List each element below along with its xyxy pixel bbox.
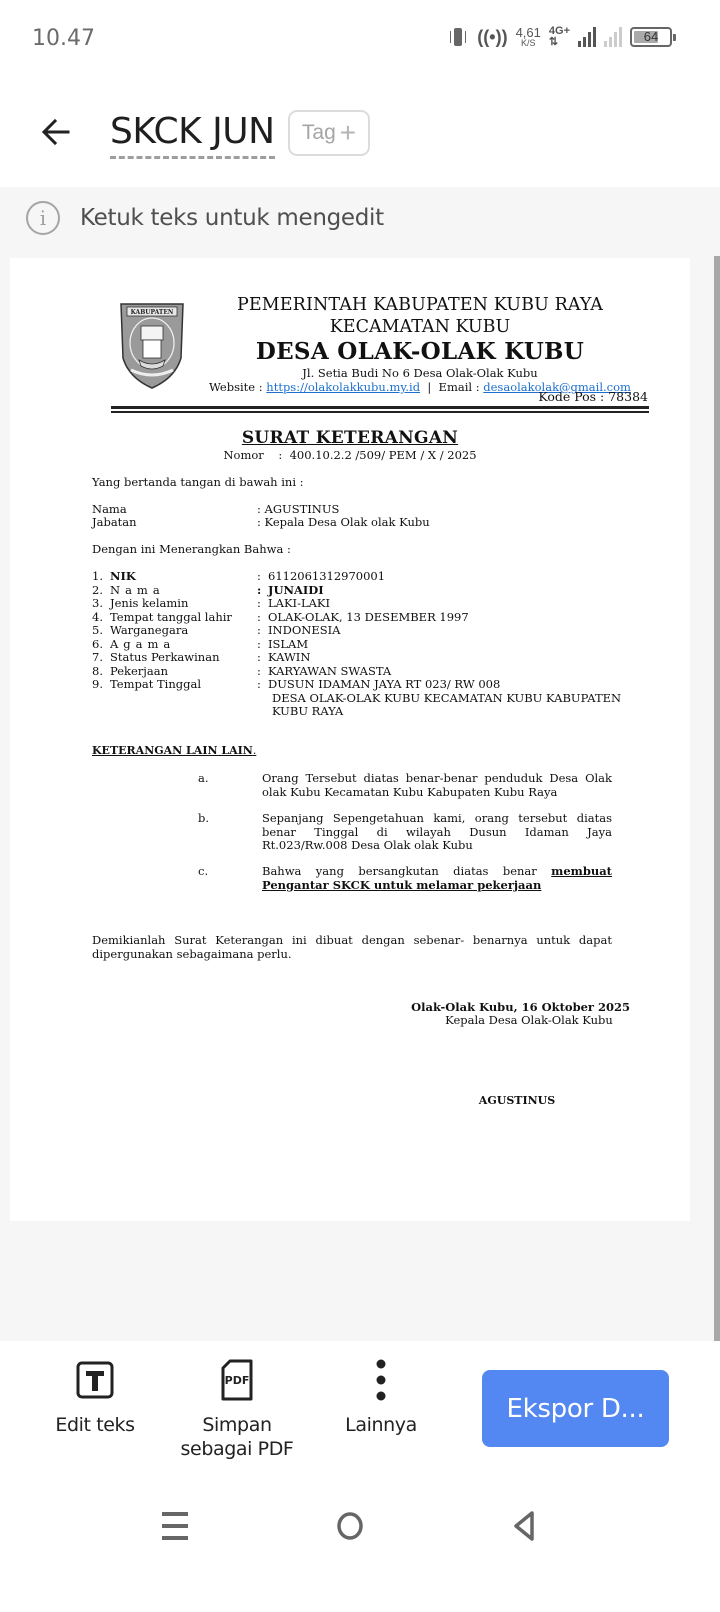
pdf-file-icon: PDF [219, 1359, 255, 1401]
more-button[interactable]: Lainnya [316, 1359, 446, 1437]
menu-icon [161, 1511, 189, 1541]
plus-icon: + [340, 119, 356, 147]
tag-label: Tag [302, 121, 336, 145]
letter-number[interactable]: Nomor : 400.10.2.2 /509/ PEM / X / 2025 [10, 448, 690, 462]
detail-row-gender[interactable]: 3.Jenis kelamin:LAKI-LAKI [92, 597, 632, 611]
detail-row-nama[interactable]: 2.Nama:JUNAIDI [92, 584, 632, 598]
hotspot-icon: ((•)) [477, 27, 507, 48]
regency-emblem-logo: KABUPATEN [117, 298, 187, 390]
info-icon: i [26, 201, 60, 235]
detail-row-marital[interactable]: 7.Status Perkawinan:KAWIN [92, 651, 632, 665]
detail-row-address-cont[interactable]: DESA OLAK-OLAK KUBU KECAMATAN KUBU KABUP… [92, 692, 632, 706]
letterhead-divider-thin [111, 411, 649, 413]
back-triangle-icon [512, 1510, 538, 1542]
home-circle-icon [335, 1510, 365, 1542]
status-bar: 10.47 ((•)) 4,61 K/S 4G+⇅ 64 [0, 0, 720, 80]
detail-row-religion[interactable]: 6.Agama:ISLAM [92, 638, 632, 652]
detail-row-nik[interactable]: 1.NIK:6112061312970001 [92, 570, 632, 584]
save-as-pdf-button[interactable]: PDF Simpan sebagai PDF [172, 1359, 302, 1461]
system-navigation-bar [0, 1471, 720, 1612]
network-type: 4G+⇅ [549, 26, 570, 48]
recent-apps-button[interactable] [145, 1501, 205, 1551]
status-time: 10.47 [32, 26, 95, 51]
letterhead-divider [111, 406, 649, 409]
app-bar: SKCK JUN Tag + [0, 80, 720, 187]
detail-row-occupation[interactable]: 8.Pekerjaan:KARYAWAN SWASTA [92, 665, 632, 679]
detail-row-citizenship[interactable]: 5.Warganegara:INDONESIA [92, 624, 632, 638]
add-tag-button[interactable]: Tag + [288, 110, 370, 156]
edit-hint-bar: i Ketuk teks untuk mengedit [0, 187, 720, 249]
export-button[interactable]: Ekspor D... [482, 1370, 669, 1447]
letter-title[interactable]: SURAT KETERANGAN [10, 428, 690, 448]
detail-row-birth[interactable]: 4.Tempat tanggal lahir:OLAK-OLAK, 13 DES… [92, 611, 632, 625]
other-info-heading[interactable]: KETERANGAN LAIN LAIN. [92, 744, 256, 757]
signature-name[interactable]: AGUSTINUS [390, 1094, 630, 1107]
status-icons: ((•)) 4,61 K/S 4G+⇅ 64 [447, 26, 672, 48]
detail-row-address[interactable]: 9.Tempat Tinggal:DUSUN IDAMAN JAYA RT 02… [92, 678, 632, 692]
edit-text-button[interactable]: Edit teks [30, 1359, 160, 1437]
battery-icon: 64 [630, 27, 672, 47]
back-nav-button[interactable] [495, 1501, 555, 1551]
text-edit-icon [76, 1361, 114, 1399]
statement-text[interactable]: Dengan ini Menerangkan Bahwa : [92, 543, 291, 557]
letterhead: PEMERINTAH KABUPATEN KUBU RAYA KECAMATAN… [185, 294, 655, 395]
document-title[interactable]: SKCK JUN [110, 112, 275, 159]
bottom-toolbar: Edit teks PDF Simpan sebagai PDF Lainnya… [0, 1341, 720, 1471]
signature-place-date[interactable]: Olak-Olak Kubu, 16 Oktober 2025 [390, 1000, 630, 1014]
document-page[interactable]: KABUPATEN PEMERINTAH KABUPATEN KUBU RAYA… [10, 258, 690, 1221]
svg-text:KABUPATEN: KABUPATEN [131, 309, 174, 316]
back-button[interactable] [36, 110, 76, 154]
person-details: 1.NIK:6112061312970001 2.Nama:JUNAIDI 3.… [92, 570, 632, 719]
signal-strength-sim2-icon [604, 27, 622, 47]
postal-code: Kode Pos : 78384 [538, 389, 648, 404]
scrollbar[interactable] [714, 256, 720, 1341]
detail-row-address-cont2[interactable]: KUBU RAYA [92, 705, 632, 719]
closing-text[interactable]: Demikianlah Surat Keterangan ini dibuat … [92, 934, 612, 961]
signal-strength-icon [578, 27, 596, 47]
network-speed: 4,61 K/S [516, 26, 541, 48]
home-button[interactable] [320, 1501, 380, 1551]
arrow-left-icon [40, 116, 72, 148]
svg-text:PDF: PDF [225, 1374, 250, 1387]
signature-role[interactable]: Kepala Desa Olak-Olak Kubu [390, 1013, 630, 1027]
vibrate-icon [447, 26, 469, 48]
more-vertical-icon [375, 1359, 387, 1401]
intro-text[interactable]: Yang bertanda tangan di bawah ini : [92, 476, 304, 490]
website-link[interactable]: https://olakolakkubu.my.id [266, 380, 420, 394]
edit-hint-text: Ketuk teks untuk mengedit [80, 205, 384, 231]
